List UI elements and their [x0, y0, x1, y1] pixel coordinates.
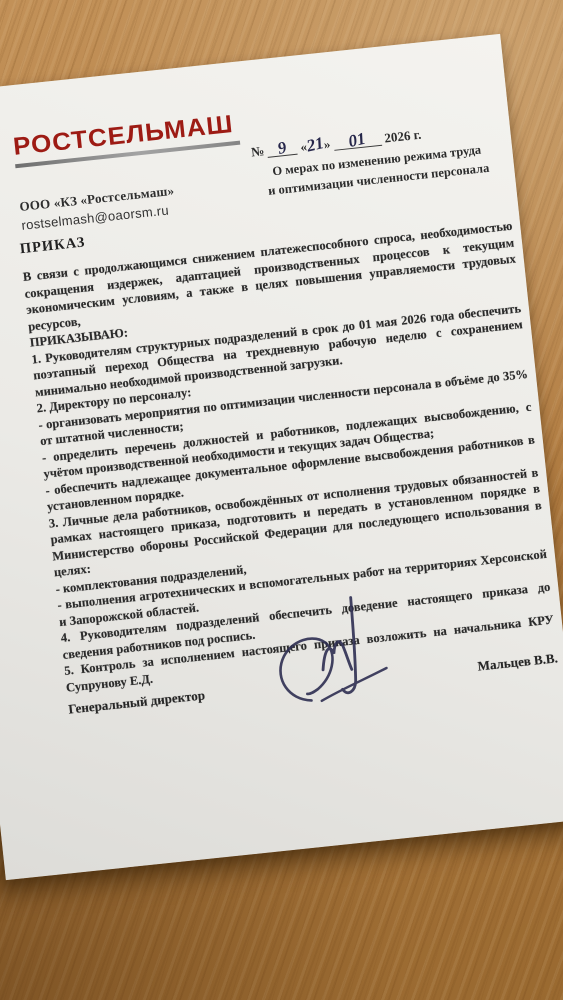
order-month-handwritten: 01: [347, 132, 367, 149]
signatory-name: Мальцев В.В.: [477, 650, 559, 675]
company-logo: РОСТСЕЛЬМАШ: [12, 108, 241, 168]
desk-background: РОСТСЕЛЬМАШ ООО «КЗ «Ростсельмаш» rostse…: [0, 0, 563, 1000]
paper-sheet: РОСТСЕЛЬМАШ ООО «КЗ «Ростсельмаш» rostse…: [0, 34, 563, 880]
order-month-blank: 01: [333, 131, 382, 151]
order-day-handwritten: 21: [305, 136, 325, 153]
order-heading: ПРИКАЗ: [19, 234, 86, 258]
order-year: 2026 г.: [384, 127, 422, 146]
handwritten-signature: [267, 591, 405, 720]
order-number-handwritten: 9: [277, 140, 288, 155]
order-number-block: № 9 «21» 01 2026 г. О мерах по изменению…: [246, 118, 507, 202]
number-sign-label: №: [250, 143, 265, 159]
order-number-blank: 9: [267, 140, 298, 158]
company-details: ООО «КЗ «Ростсельмаш» rostselmash@oaorsm…: [19, 183, 177, 233]
